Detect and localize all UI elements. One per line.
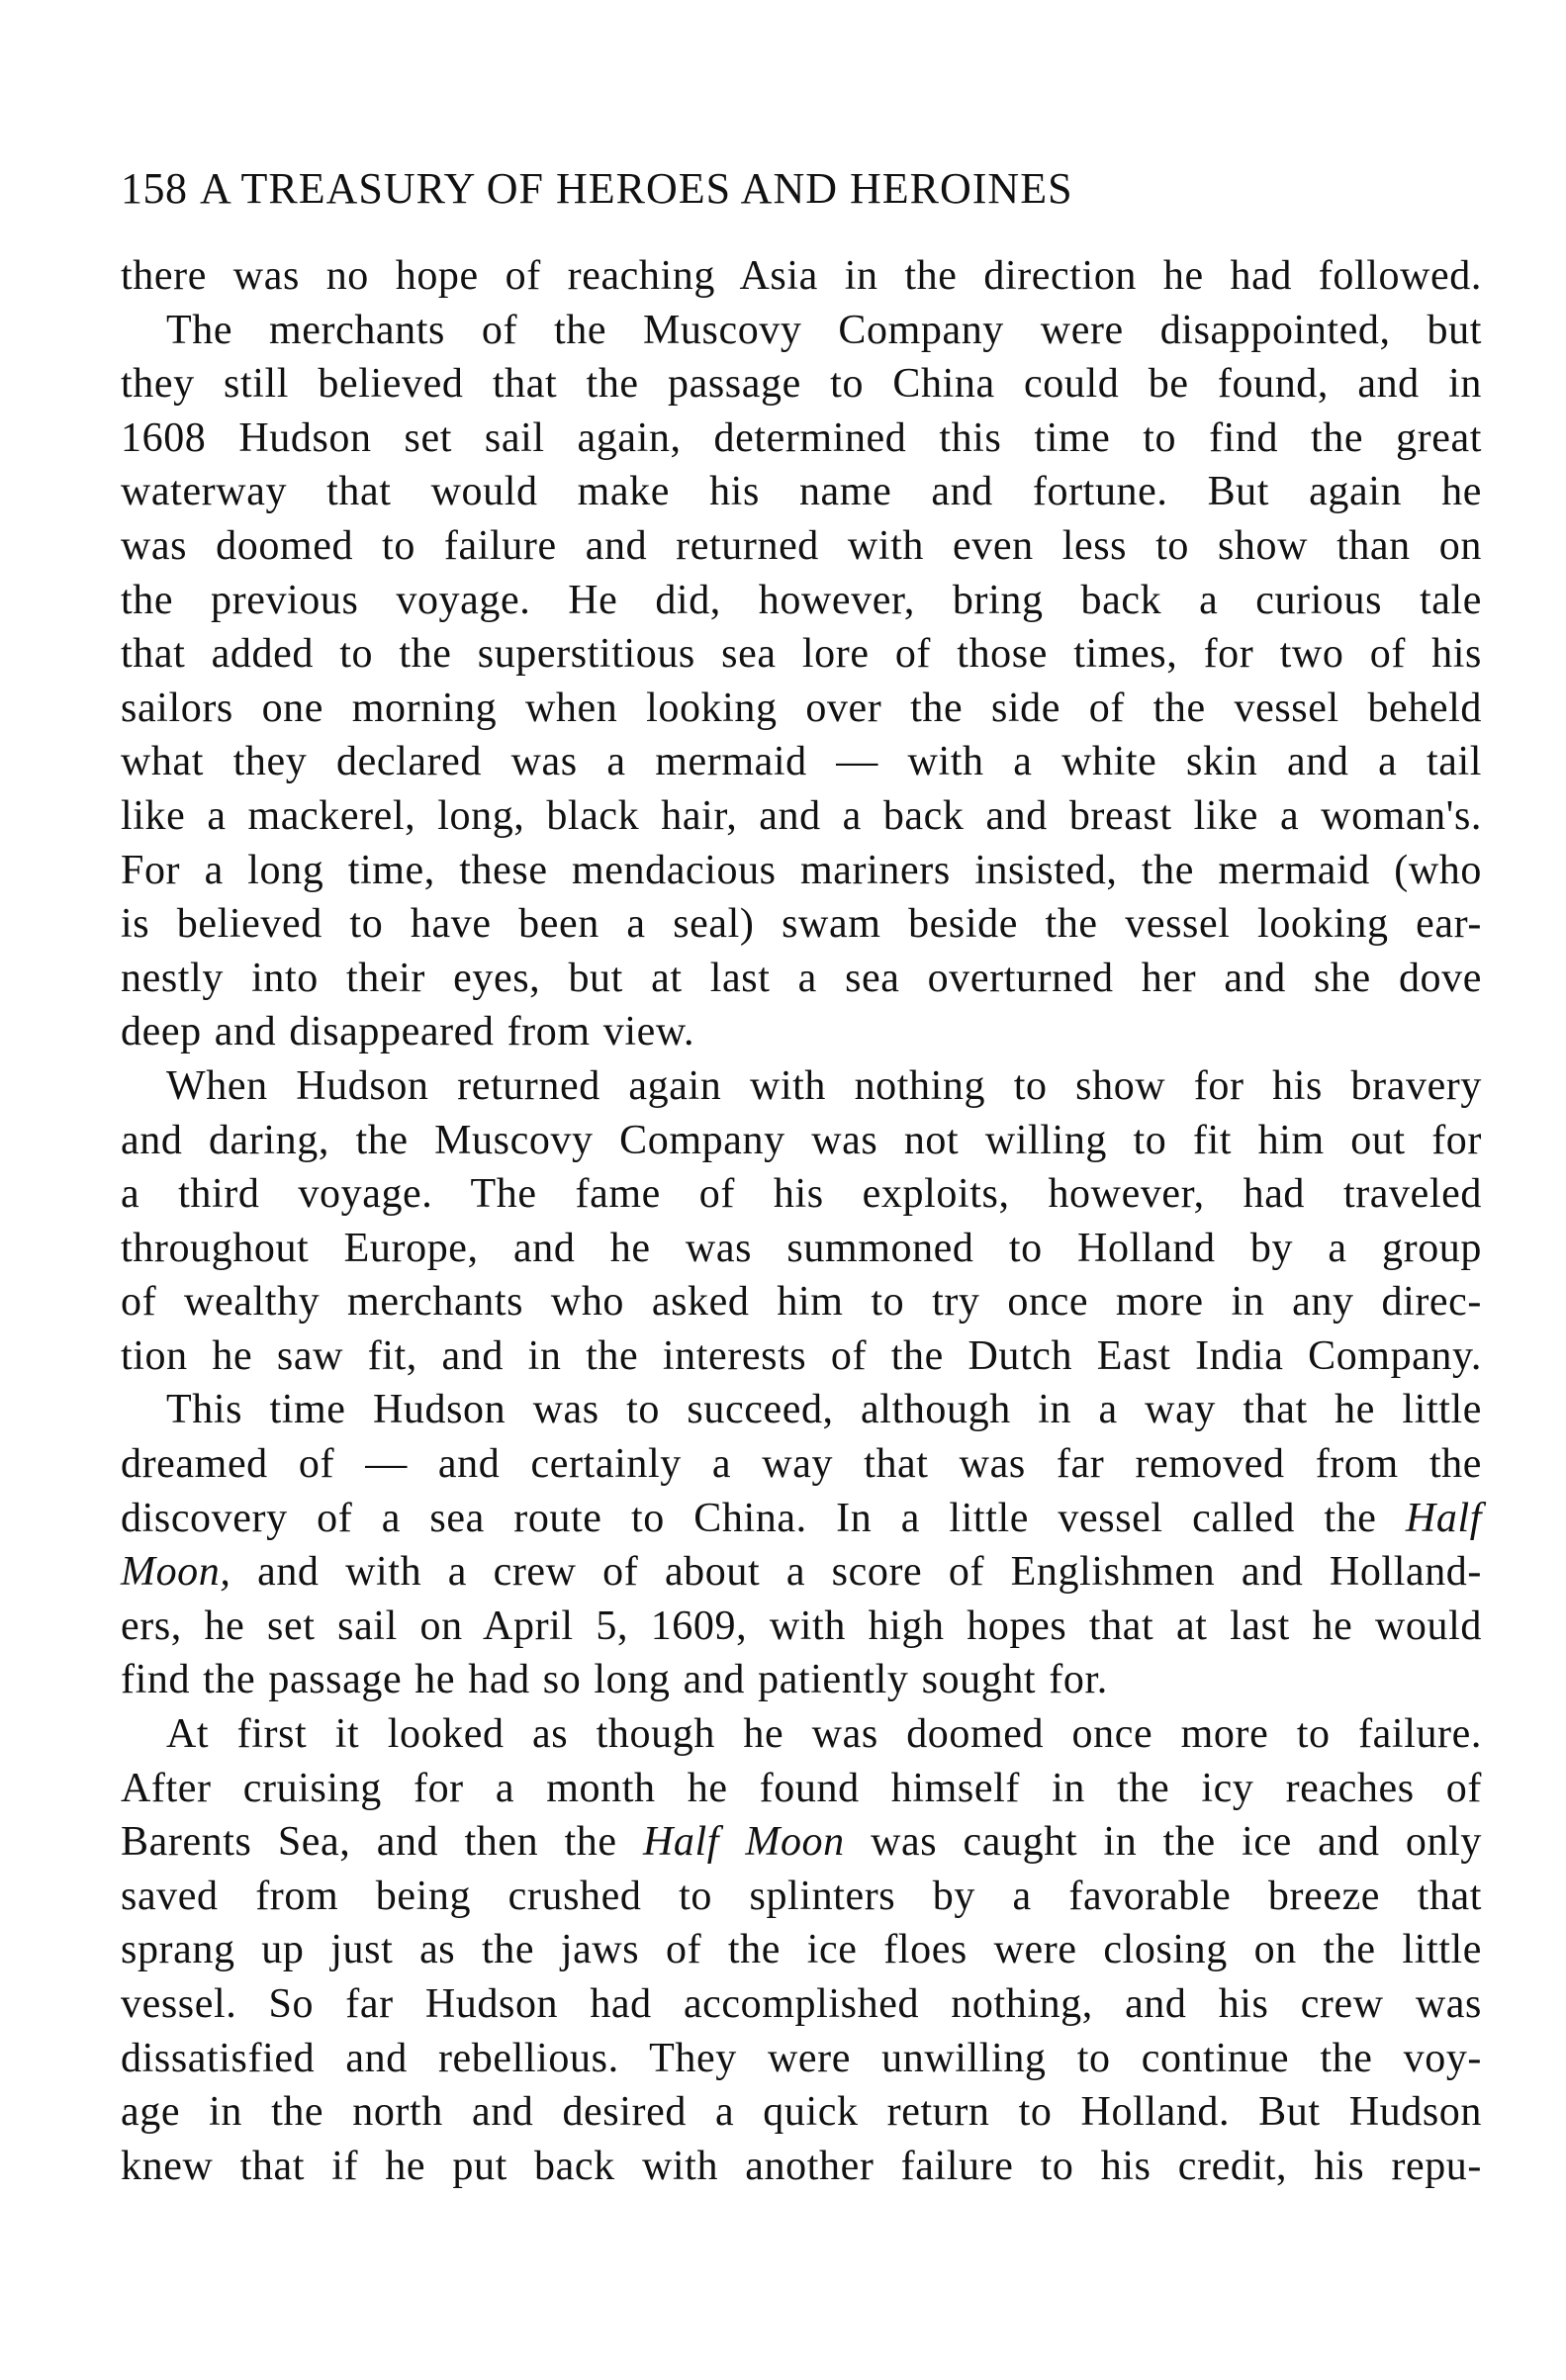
text-line: sailors one morning when looking over th…	[121, 682, 1482, 736]
text-line: is believed to have been a seal) swam be…	[121, 897, 1482, 952]
text-line-content: The merchants of the Muscovy Company wer…	[166, 304, 1482, 358]
text-line-content: is believed to have been a seal) swam be…	[121, 897, 1482, 952]
text-line-content: a third voyage. The fame of his exploits…	[121, 1167, 1482, 1222]
running-title: A TREASURY OF HEROES AND HEROINES	[200, 164, 1073, 214]
text-line: 1608 Hudson set sail again, determined t…	[121, 412, 1482, 466]
text-line-content: sailors one morning when looking over th…	[121, 682, 1482, 736]
text-line: When Hudson returned again with nothing …	[121, 1059, 1482, 1114]
text-line: was doomed to failure and returned with …	[121, 519, 1482, 574]
text-line-content: Barents Sea, and then the Half Moon was …	[121, 1815, 1482, 1870]
text-line: and daring, the Muscovy Company was not …	[121, 1114, 1482, 1168]
text-line: At first it looked as though he was doom…	[121, 1707, 1482, 1762]
text-line: like a mackerel, long, black hair, and a…	[121, 789, 1482, 844]
text-line-content: was doomed to failure and returned with …	[121, 519, 1482, 574]
text-line: of wealthy merchants who asked him to tr…	[121, 1275, 1482, 1329]
text-line-content: and daring, the Muscovy Company was not …	[121, 1114, 1482, 1168]
text-line: discovery of a sea route to China. In a …	[121, 1492, 1482, 1546]
text-line: sprang up just as the jaws of the ice fl…	[121, 1923, 1482, 1977]
text-line-content: there was no hope of reaching Asia in th…	[121, 249, 1482, 304]
text-line: ers, he set sail on April 5, 1609, with …	[121, 1600, 1482, 1654]
page-number: 158	[121, 164, 200, 214]
text-line-content: like a mackerel, long, black hair, and a…	[121, 789, 1482, 844]
text-line: waterway that would make his name and fo…	[121, 465, 1482, 519]
text-line-content: knew that if he put back with another fa…	[121, 2140, 1482, 2194]
text-line: find the passage he had so long and pati…	[121, 1653, 1482, 1707]
text-line-content: throughout Europe, and he was summoned t…	[121, 1222, 1482, 1276]
ship-name-italic: Moon,	[121, 1549, 231, 1595]
text-line: tion he saw fit, and in the interests of…	[121, 1329, 1482, 1384]
text-line: After cruising for a month he found hims…	[121, 1762, 1482, 1816]
text-line: age in the north and desired a quick ret…	[121, 2085, 1482, 2140]
text-line-content: sprang up just as the jaws of the ice fl…	[121, 1923, 1482, 1977]
text-line: they still believed that the passage to …	[121, 357, 1482, 412]
text-run: was caught in the ice and only	[845, 1819, 1482, 1865]
text-run: discovery of a sea route to China. In a …	[121, 1496, 1406, 1541]
text-line-content: that added to the superstitious sea lore…	[121, 627, 1482, 682]
ship-name-italic: Half Moon	[643, 1819, 845, 1865]
text-line-content: 1608 Hudson set sail again, determined t…	[121, 412, 1482, 466]
text-line-content: the previous voyage. He did, however, br…	[121, 574, 1482, 628]
text-line: the previous voyage. He did, however, br…	[121, 574, 1482, 628]
text-line: there was no hope of reaching Asia in th…	[121, 249, 1482, 304]
text-line: that added to the superstitious sea lore…	[121, 627, 1482, 682]
text-line: nestly into their eyes, but at last a se…	[121, 952, 1482, 1006]
text-line: knew that if he put back with another fa…	[121, 2140, 1482, 2194]
text-line: The merchants of the Muscovy Company wer…	[121, 304, 1482, 358]
text-line-content: saved from being crushed to splinters by…	[121, 1870, 1482, 1924]
text-run: Barents Sea, and then the	[121, 1819, 643, 1865]
text-line: a third voyage. The fame of his exploits…	[121, 1167, 1482, 1222]
running-head: 158A TREASURY OF HEROES AND HEROINES	[121, 164, 1073, 214]
text-line-content: discovery of a sea route to China. In a …	[121, 1492, 1482, 1546]
text-line-content: For a long time, these mendacious marine…	[121, 844, 1482, 898]
text-line: saved from being crushed to splinters by…	[121, 1870, 1482, 1924]
text-line: deep and disappeared from view.	[121, 1005, 1482, 1059]
text-line-content: age in the north and desired a quick ret…	[121, 2085, 1482, 2140]
text-line-content: After cruising for a month he found hims…	[121, 1762, 1482, 1816]
body-text: there was no hope of reaching Asia in th…	[121, 249, 1482, 2193]
text-line-content: deep and disappeared from view.	[121, 1005, 1482, 1059]
text-line-content: nestly into their eyes, but at last a se…	[121, 952, 1482, 1006]
text-line-content: At first it looked as though he was doom…	[166, 1707, 1482, 1762]
text-line: This time Hudson was to succeed, althoug…	[121, 1383, 1482, 1437]
text-line: throughout Europe, and he was summoned t…	[121, 1222, 1482, 1276]
text-line-content: vessel. So far Hudson had accomplished n…	[121, 1977, 1482, 2032]
text-line-content: what they declared was a mermaid — with …	[121, 735, 1482, 789]
text-line: For a long time, these mendacious marine…	[121, 844, 1482, 898]
text-line-content: When Hudson returned again with nothing …	[166, 1059, 1482, 1114]
ship-name-italic: Half	[1406, 1496, 1482, 1541]
text-line: vessel. So far Hudson had accomplished n…	[121, 1977, 1482, 2032]
text-line-content: of wealthy merchants who asked him to tr…	[121, 1275, 1482, 1329]
text-line-content: Moon, and with a crew of about a score o…	[121, 1545, 1482, 1600]
text-line: dissatisfied and rebellious. They were u…	[121, 2032, 1482, 2086]
text-line: Barents Sea, and then the Half Moon was …	[121, 1815, 1482, 1870]
text-line: dreamed of — and certainly a way that wa…	[121, 1437, 1482, 1492]
text-line-content: This time Hudson was to succeed, althoug…	[166, 1383, 1482, 1437]
text-line-content: tion he saw fit, and in the interests of…	[121, 1329, 1482, 1384]
text-run: and with a crew of about a score of Engl…	[231, 1549, 1483, 1595]
text-line-content: dissatisfied and rebellious. They were u…	[121, 2032, 1482, 2086]
text-line: what they declared was a mermaid — with …	[121, 735, 1482, 789]
text-line-content: dreamed of — and certainly a way that wa…	[121, 1437, 1482, 1492]
text-line-content: ers, he set sail on April 5, 1609, with …	[121, 1600, 1482, 1654]
text-line-content: waterway that would make his name and fo…	[121, 465, 1482, 519]
text-line-content: they still believed that the passage to …	[121, 357, 1482, 412]
text-line-content: find the passage he had so long and pati…	[121, 1653, 1482, 1707]
text-line: Moon, and with a crew of about a score o…	[121, 1545, 1482, 1600]
